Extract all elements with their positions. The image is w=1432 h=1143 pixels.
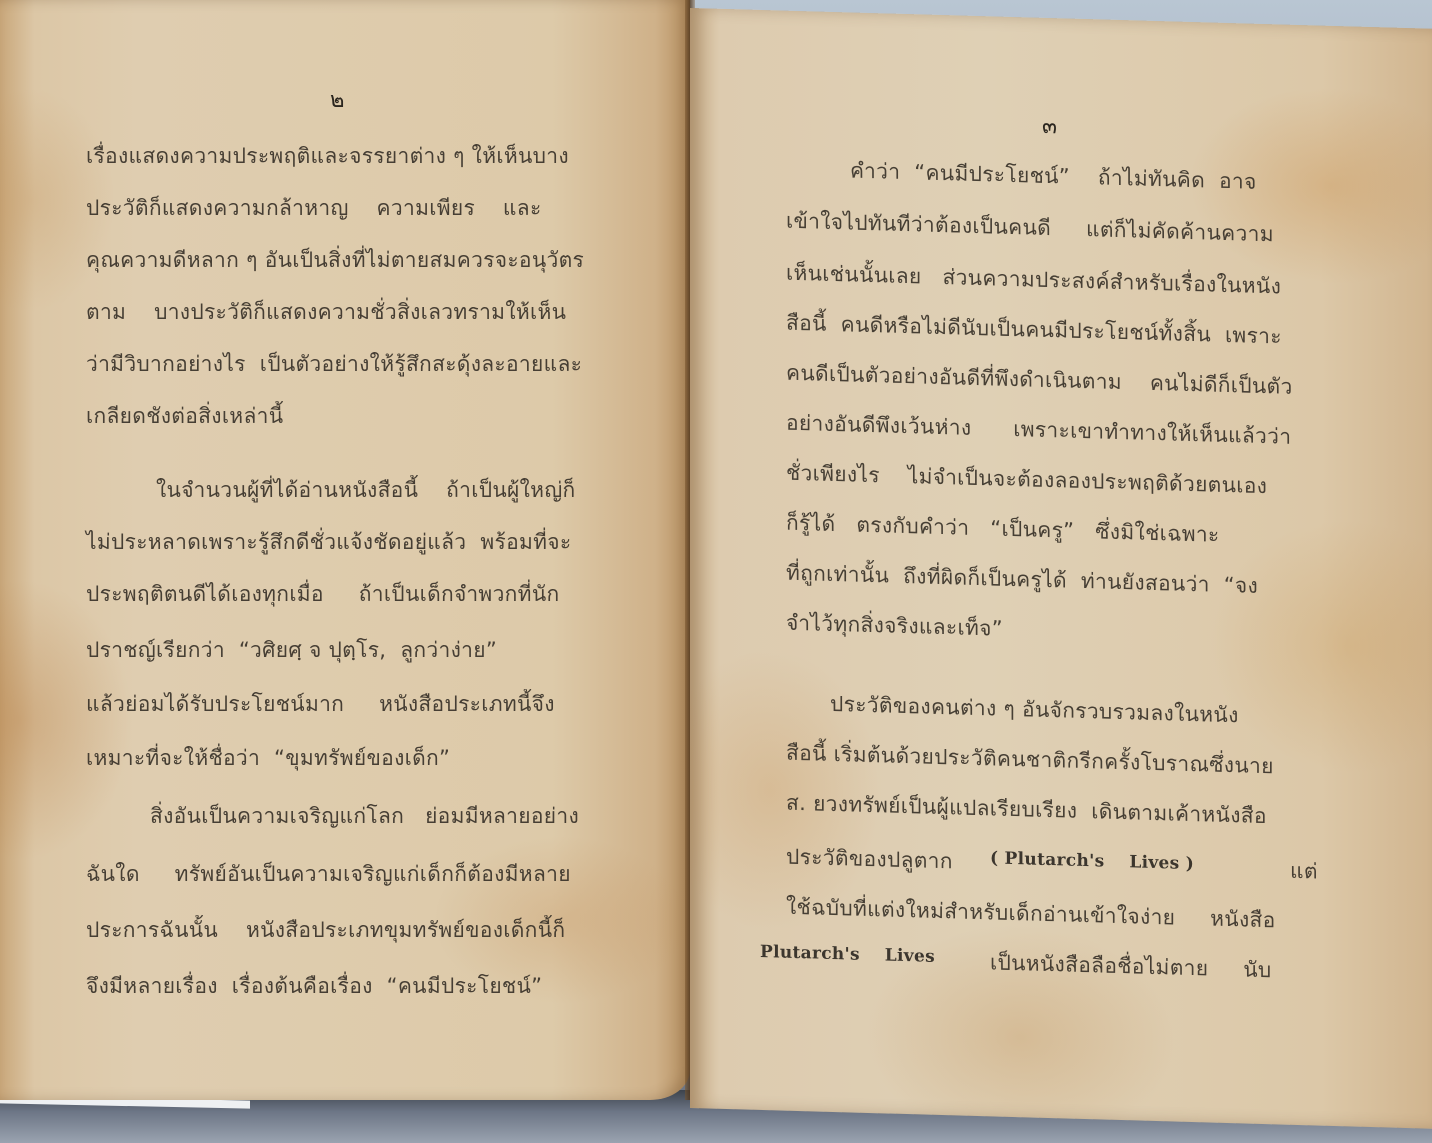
page-number: ๓ (1042, 108, 1057, 143)
text-line: แล้วย่อมได้รับประโยชน์มาก หนังสือประเภทน… (86, 688, 555, 721)
latin-title: ( Plutarch's Lives ) (990, 848, 1194, 874)
text-line: ชั่วเพียงไร ไม่จำเป็นจะต้องลองประพฤติด้ว… (786, 457, 1267, 503)
text-line: ส. ยวงทรัพย์เป็นผู้แปลเรียบเรียง เดินตาม… (786, 787, 1267, 833)
text-line: ปราชญ์เรียกว่า “วศิยศฺ จ ปุตฺโร, ลูกว่าง… (86, 634, 497, 667)
page-number: ๒ (330, 82, 345, 117)
text-line: เป็นหนังสือลือชื่อไม่ตาย นับ (990, 946, 1272, 987)
paragraph-start: ในจำนวนผู้ที่ได้อ่านหนังสือนี้ ถ้าเป็นผู… (156, 474, 576, 507)
text-line: คุณความดีหลาก ๆ อันเป็นสิ่งที่ไม่ตายสมคว… (86, 244, 584, 277)
text-line: ใช้ฉบับที่แต่งใหม่สำหรับเด็กอ่านเข้าใจง่… (786, 891, 1276, 938)
text-line: คนดีเป็นตัวอย่างอันดีที่พึงดำเนินตาม คนไ… (786, 357, 1293, 404)
text-line: ก็รู้ได้ ตรงกับคำว่า “เป็นครู” ซึ่งมิใช่… (786, 507, 1220, 552)
paragraph-start: คำว่า “คนมีประโยชน์” ถ้าไม่ทันคิด อาจ (850, 154, 1257, 198)
text-line: ประการฉันนั้น หนังสือประเภทขุมทรัพย์ของเ… (86, 914, 565, 947)
paragraph-start: สิ่งอันเป็นความเจริญแก่โลก ย่อมมีหลายอย่… (150, 800, 579, 833)
text-line: แต่ (1290, 855, 1318, 889)
text-line: ประวัติของปลูตาก (786, 841, 953, 879)
text-line: เรื่องแสดงความประพฤติและจรรยาต่าง ๆ ให้เ… (86, 140, 569, 173)
text-line: ประวัติก็แสดงความกล้าหาญ ความเพียร และ (86, 192, 542, 225)
text-line: เหมาะที่จะให้ชื่อว่า “ขุมทรัพย์ของเด็ก” (86, 742, 450, 775)
text-line: ตาม บางประวัติก็แสดงความชั่วสิ่งเลวทรามใ… (86, 296, 566, 329)
text-line: จำไว้ทุกสิ่งจริงและเท็จ” (786, 607, 1003, 646)
right-page: ๓ คำว่า “คนมีประโยชน์” ถ้าไม่ทันคิด อาจ … (690, 8, 1432, 1129)
paragraph-start: ประวัติของคนต่าง ๆ อันจักรวบรวมลงในหนัง (830, 688, 1239, 732)
left-page: ๒ เรื่องแสดงความประพฤติและจรรยาต่าง ๆ ให… (0, 0, 690, 1100)
text-line: สือนี้ เริ่มต้นด้วยประวัติคนชาติกรีกครั้… (786, 737, 1274, 784)
latin-title: Plutarch's Lives (760, 942, 935, 967)
text-line: ว่ามีวิบากอย่างไร เป็นตัวอย่างให้รู้สึกส… (86, 348, 582, 381)
text-line: ไม่ประหลาดเพราะรู้สึกดีชั่วแจ้งชัดอยู่แล… (86, 526, 571, 559)
text-line: ฉันใด ทรัพย์อันเป็นความเจริญแก่เด็กก็ต้อ… (86, 858, 571, 891)
text-line: ที่ถูกเท่านั้น ถึงที่ผิดก็เป็นครูได้ ท่า… (786, 557, 1258, 603)
text-line: จึงมีหลายเรื่อง เรื่องต้นคือเรื่อง “คนมี… (86, 970, 542, 1003)
text-line: อย่างอันดีพึงเว้นห่าง เพราะเขาทำทางให้เห… (786, 407, 1291, 454)
text-line: สือนี้ คนดีหรือไม่ดีนับเป็นคนมีประโยชน์ท… (786, 307, 1282, 354)
text-line: เห็นเช่นนั้นเลย ส่วนความประสงค์สำหรับเรื… (786, 257, 1281, 304)
text-line: เกลียดชังต่อสิ่งเหล่านี้ (86, 400, 283, 433)
text-line: เข้าใจไปทันทีว่าต้องเป็นคนดี แต่ก็ไม่คัด… (786, 205, 1274, 252)
text-line: ประพฤติตนดีได้เองทุกเมื่อ ถ้าเป็นเด็กจำพ… (86, 578, 559, 611)
